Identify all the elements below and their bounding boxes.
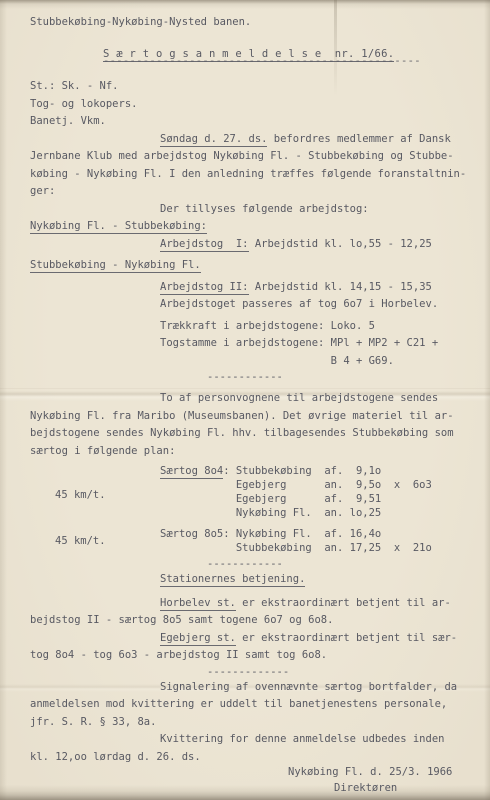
recipients-line: Banetj. Vkm. — [30, 113, 464, 131]
document-line: Signalering af ovennævnte særtog bortfal… — [30, 679, 464, 697]
date-line: Nykøbing Fl. d. 25/3. 1966 — [30, 764, 464, 780]
document-line: Arbejdstog I: Arbejdstid kl. lo,55 - 12,… — [30, 236, 464, 254]
underlined-text: Arbejdstog II: — [160, 281, 249, 295]
signature-line: Direktøren — [30, 780, 464, 796]
text-segment: tog 8o4 - tog 6o3 - arbejdstog II samt t… — [30, 649, 327, 661]
text-segment: B 4 + G69. — [160, 355, 394, 367]
document-body: Stubbekøbing-Nykøbing-Nysted banen.S æ r… — [0, 0, 490, 800]
text-segment: er ekstraordinært betjent til sær- — [236, 632, 457, 644]
text-segment: To af personvognene til arbejdstogene se… — [160, 392, 438, 404]
text-segment: Stubbekøbing an. 17,25 x 21o — [160, 542, 432, 554]
text-segment: Banetj. Vkm. — [30, 115, 106, 127]
document-line: B 4 + G69. — [30, 353, 464, 371]
text-segment: ----------------------------------------… — [103, 55, 421, 67]
document-line: særtog i følgende plan: — [30, 443, 464, 461]
underlined-text: Nykøbing Fl. - Stubbekøbing: — [30, 220, 207, 234]
text-segment: ------------ — [207, 371, 283, 383]
scanned-document: Stubbekøbing-Nykøbing-Nysted banen.S æ r… — [0, 0, 490, 800]
underlined-text: Stubbekøbing - Nykøbing Fl. — [30, 259, 201, 273]
separator-dashes: ------------- — [30, 665, 464, 679]
railway-line-name: Stubbekøbing-Nykøbing-Nysted banen. — [30, 14, 464, 32]
text-segment: Signalering af ovennævnte særtog bortfal… — [160, 681, 457, 693]
speed-label: 45 km/t. — [55, 488, 106, 502]
text-segment: Der tillyses følgende arbejdstog: — [160, 203, 369, 215]
underlined-text: Søndag d. 27. ds. — [160, 133, 267, 147]
text-segment: Direktøren — [334, 782, 397, 794]
text-segment: bejdstogene sendes Nykøbing Fl. hhv. til… — [30, 427, 454, 439]
document-line: Jernbane Klub med arbejdstog Nykøbing Fl… — [30, 148, 464, 166]
text-segment: ger: — [30, 185, 55, 197]
text-segment: befordres medlemmer af Dansk — [267, 133, 450, 145]
recipients-line: St.: Sk. - Nf. — [30, 78, 464, 96]
document-line: Arbejdstoget passeres af tog 6o7 i Horbe… — [30, 296, 464, 314]
section-heading: Stubbekøbing - Nykøbing Fl. — [30, 257, 464, 275]
document-line: Søndag d. 27. ds. befordres medlemmer af… — [30, 131, 464, 149]
underlined-text: Arbejdstog I: — [160, 238, 249, 252]
document-line: ger: — [30, 183, 464, 201]
text-segment: Nykøbing Fl. fra Maribo (Museumsbanen). … — [30, 410, 454, 422]
text-segment: bejdstog II - særtog 8o5 samt togene 6o7… — [30, 614, 333, 626]
title-underline-dashes: ----------------------------------------… — [30, 56, 464, 66]
text-segment: kl. 12,oo lørdag d. 26. ds. — [30, 751, 201, 763]
separator-dashes: ------------ — [30, 370, 464, 384]
document-line: Egebjerg st. er ekstraordinært betjent t… — [30, 630, 464, 648]
document-line: jfr. S. R. § 33, 8a. — [30, 714, 464, 732]
document-line: Trækkraft i arbejdstogene: Loko. 5 — [30, 318, 464, 336]
text-segment: ------------ — [207, 558, 283, 570]
text-segment: St.: Sk. - Nf. — [30, 80, 119, 92]
underlined-text: Horbelev st. — [160, 597, 236, 611]
train-schedule-row: Nykøbing Fl. an. lo,25 — [30, 506, 464, 520]
section-heading: Nykøbing Fl. - Stubbekøbing: — [30, 218, 464, 236]
text-segment: Jernbane Klub med arbejdstog Nykøbing Fl… — [30, 150, 454, 162]
underlined-text: Egebjerg st. — [160, 632, 236, 646]
document-line: tog 8o4 - tog 6o3 - arbejdstog II samt t… — [30, 647, 464, 665]
text-segment: Egebjerg an. 9,5o x 6o3 — [160, 479, 432, 491]
separator-dashes: ------------ — [30, 557, 464, 571]
text-segment: Nykøbing Fl. d. 25/3. 1966 — [288, 766, 452, 778]
text-segment: ------------- — [207, 666, 289, 678]
recipients-line: Tog- og lokopers. — [30, 96, 464, 114]
text-segment: Egebjerg af. 9,51 — [160, 493, 381, 505]
text-segment: særtog i følgende plan: — [30, 445, 175, 457]
document-line: bejdstogene sendes Nykøbing Fl. hhv. til… — [30, 425, 464, 443]
underlined-text: Stationernes betjening. — [160, 573, 305, 587]
text-segment: Tog- og lokopers. — [30, 98, 137, 110]
text-segment: Arbejdstid kl. 14,15 - 15,35 — [249, 281, 432, 293]
document-line: Arbejdstog II: Arbejdstid kl. 14,15 - 15… — [30, 279, 464, 297]
text-segment: Kvittering for denne anmeldelse udbedes … — [160, 733, 444, 745]
document-line: To af personvognene til arbejdstogene se… — [30, 390, 464, 408]
text-segment: købing - Nykøbing Fl. I den anledning tr… — [30, 168, 466, 180]
text-segment: Nykøbing Fl. an. lo,25 — [160, 507, 381, 519]
document-line: købing - Nykøbing Fl. I den anledning tr… — [30, 166, 464, 184]
document-line: Der tillyses følgende arbejdstog: — [30, 201, 464, 219]
text-segment: Trækkraft i arbejdstogene: Loko. 5 — [160, 320, 375, 332]
underlined-text: Særtog 8o4 — [160, 465, 223, 479]
train-schedule-row: Særtog 8o4: Stubbekøbing af. 9,1o — [30, 464, 464, 478]
document-line: anmeldelsen mod kvittering er uddelt til… — [30, 696, 464, 714]
document-line: Kvittering for denne anmeldelse udbedes … — [30, 731, 464, 749]
section-heading: Stationernes betjening. — [30, 571, 464, 589]
text-segment: : Stubbekøbing af. 9,1o — [223, 465, 381, 477]
document-line: bejdstog II - særtog 8o5 samt togene 6o7… — [30, 612, 464, 630]
text-segment: Særtog 8o5: Nykøbing Fl. af. 16,4o — [160, 528, 381, 540]
document-line: Togstamme i arbejdstogene: MPl + MP2 + C… — [30, 335, 464, 353]
text-segment: Stubbekøbing-Nykøbing-Nysted banen. — [30, 16, 251, 28]
text-segment: anmeldelsen mod kvittering er uddelt til… — [30, 698, 447, 710]
document-line: Nykøbing Fl. fra Maribo (Museumsbanen). … — [30, 408, 464, 426]
text-segment: Togstamme i arbejdstogene: MPl + MP2 + C… — [160, 337, 438, 349]
speed-label: 45 km/t. — [55, 534, 106, 548]
text-segment: Arbejdstoget passeres af tog 6o7 i Horbe… — [160, 298, 438, 310]
document-line: Horbelev st. er ekstraordinært betjent t… — [30, 595, 464, 613]
text-segment: er ekstraordinært betjent til ar- — [236, 597, 451, 609]
text-segment: Arbejdstid kl. lo,55 - 12,25 — [249, 238, 432, 250]
text-segment: jfr. S. R. § 33, 8a. — [30, 716, 156, 728]
